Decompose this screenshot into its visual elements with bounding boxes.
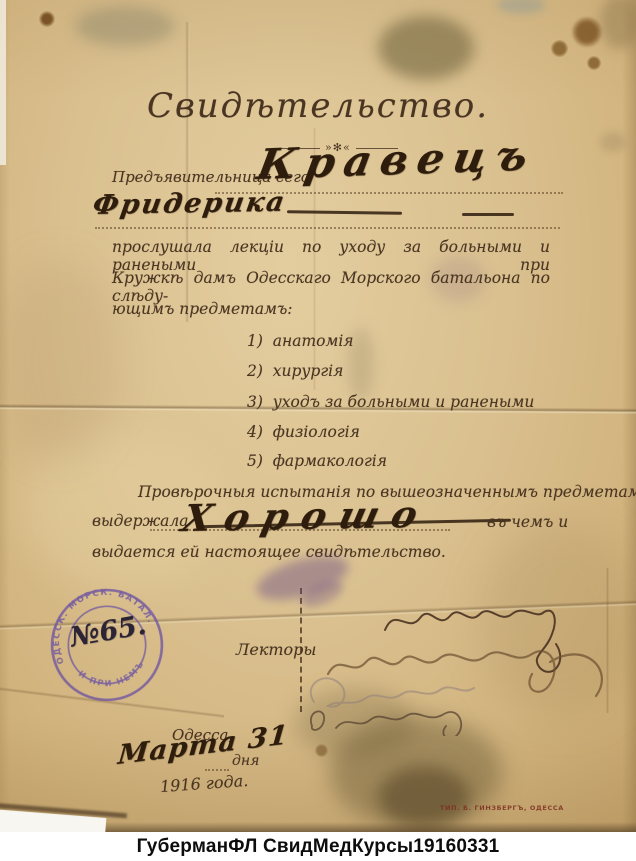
subject-item: 3) уходъ за больными и ранеными (247, 393, 534, 411)
grade-handwritten: Хорошо (178, 492, 435, 540)
dotted-rule (95, 227, 560, 229)
paper-sheet: Свидѣтельство. »✻« Предъявительница сего… (0, 0, 636, 832)
date-year: 1916 года. (159, 771, 248, 796)
given-name-handwritten: Фридерика (91, 187, 289, 221)
paper-stain (497, 0, 545, 14)
caption-text: ГуберманФЛ СвидМедКурсы19160331 (137, 836, 500, 858)
subject-number: 4) (247, 423, 263, 441)
subject-item: 5) фармакологія (247, 452, 387, 470)
paper-stain (600, 0, 636, 49)
subject-item: 4) физіологія (247, 423, 360, 441)
dotted-rule (205, 769, 229, 771)
signature-scrawl (311, 678, 474, 706)
subject-number: 2) (247, 362, 263, 380)
subject-item: 1) анатомія (247, 332, 354, 350)
subject-name: анатомія (273, 332, 354, 350)
caption-bar: ГуберманФЛ СвидМедКурсы19160331 (0, 832, 636, 861)
scanned-certificate: Свидѣтельство. »✻« Предъявительница сего… (0, 0, 636, 861)
subject-name: уходъ за больными и ранеными (273, 393, 535, 411)
paper-stain (587, 56, 601, 70)
subject-name: хирургія (273, 362, 344, 380)
paper-stain (600, 132, 626, 152)
issue-line: выдается ей настоящее свидѣтельство. (92, 543, 446, 561)
exam-tail: въ чемъ и (487, 513, 568, 531)
signature-scrawl (385, 611, 560, 672)
body-line: ющимъ предметамъ: (112, 300, 293, 318)
paper-edge (0, 0, 6, 165)
exam-verb: выдержала (92, 512, 189, 530)
document-title: Свидѣтельство. (0, 86, 636, 126)
paper-stain (315, 744, 328, 757)
subject-name: фармакологія (273, 452, 387, 470)
subject-number: 3) (247, 393, 263, 411)
paper-stain (75, 6, 175, 46)
paper-texture-patch (0, 260, 120, 460)
paper-stain (39, 11, 55, 27)
signature-scrawl (311, 711, 461, 736)
paper-stain (378, 766, 470, 828)
signatures-scrawl (300, 578, 635, 736)
paper-stain (572, 17, 602, 47)
subject-number: 1) (247, 332, 263, 350)
printer-mark: ТИП. Б. ГИНЗБЕРГЪ, ОДЕССА (440, 804, 564, 812)
paper-stain (551, 40, 568, 57)
handwritten-dash (287, 210, 402, 215)
paper-stain (378, 16, 474, 80)
subject-number: 5) (247, 452, 263, 470)
subject-item: 2) хирургія (247, 362, 343, 380)
surname-handwritten: Кравецъ (254, 130, 541, 189)
subject-name: физіологія (273, 423, 360, 441)
signature-scrawl (328, 651, 602, 696)
date-day-label: дня (232, 753, 259, 769)
handwritten-dash (462, 213, 514, 216)
